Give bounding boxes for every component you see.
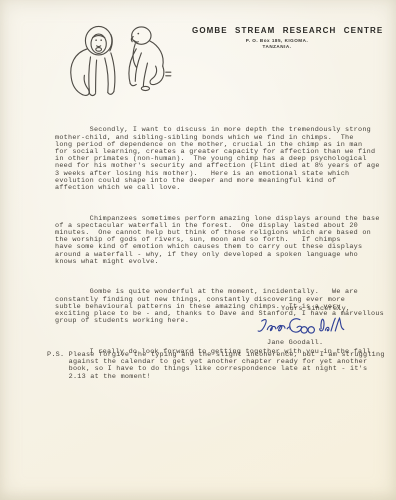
org-address-line1: P. O. Box 185, KIGOMA.: [192, 38, 362, 43]
chimpanzees-illustration: [60, 14, 180, 104]
org-name: GOMBE STREAM RESEARCH CENTRE: [192, 26, 362, 35]
typed-signature-name: Jane Goodall.: [267, 340, 323, 347]
postscript: P.S. Please forgive the typing and the s…: [47, 352, 392, 381]
letterhead: GOMBE STREAM RESEARCH CENTRE P. O. Box 1…: [192, 26, 362, 49]
org-address-line2: TANZANIA.: [192, 44, 362, 49]
signature-handwriting: [256, 313, 348, 339]
paragraph-1: Secondly, I want to discuss in more dept…: [55, 127, 393, 192]
paragraph-2: Chimpanzees sometimes perform amazing lo…: [55, 216, 393, 266]
letter-scan: GOMBE STREAM RESEARCH CENTRE P. O. Box 1…: [0, 0, 396, 500]
